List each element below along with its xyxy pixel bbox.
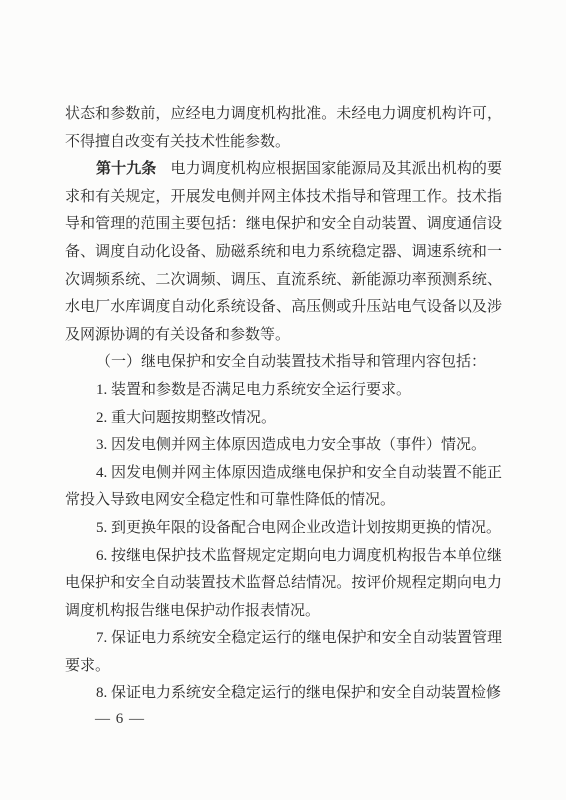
list-item-5: 5. 到更换年限的设备配合电网企业改造计划按期更换的情况。 [65,515,502,543]
paragraph-article-19: 第十九条电力调度机构应根据国家能源局及其派出机构的要求和有关规定，开展发电侧并网… [65,156,502,349]
article-19-text: 电力调度机构应根据国家能源局及其派出机构的要求和有关规定，开展发电侧并网主体技术… [65,161,502,343]
section-1-heading: （一）继电保护和安全自动装置技术指导和管理内容包括： [65,349,502,377]
list-item-2: 2. 重大问题按期整改情况。 [65,405,502,433]
list-item-6: 6. 按继电保护技术监督规定定期向电力调度机构报告本单位继电保护和安全自动装置技… [65,543,502,626]
article-number-label: 第十九条 [96,161,156,177]
list-item-7: 7. 保证电力系统安全稳定运行的继电保护和安全自动装置管理要求。 [65,625,502,680]
paragraph-continuation: 状态和参数前，应经电力调度机构批准。未经电力调度机构许可，不得擅自改变有关技术性… [65,101,502,156]
list-item-8: 8. 保证电力系统安全稳定运行的继电保护和安全自动装置检修 [65,680,502,708]
document-body: 状态和参数前，应经电力调度机构批准。未经电力调度机构许可，不得擅自改变有关技术性… [65,101,502,708]
scanned-document-page: 状态和参数前，应经电力调度机构批准。未经电力调度机构许可，不得擅自改变有关技术性… [0,0,566,800]
list-item-1: 1. 装置和参数是否满足电力系统安全运行要求。 [65,377,502,405]
list-item-3: 3. 因发电侧并网主体原因造成电力安全事故（事件）情况。 [65,432,502,460]
page-number: — 6 — [95,711,145,728]
list-item-4: 4. 因发电侧并网主体原因造成继电保护和安全自动装置不能正常投入导致电网安全稳定… [65,460,502,515]
